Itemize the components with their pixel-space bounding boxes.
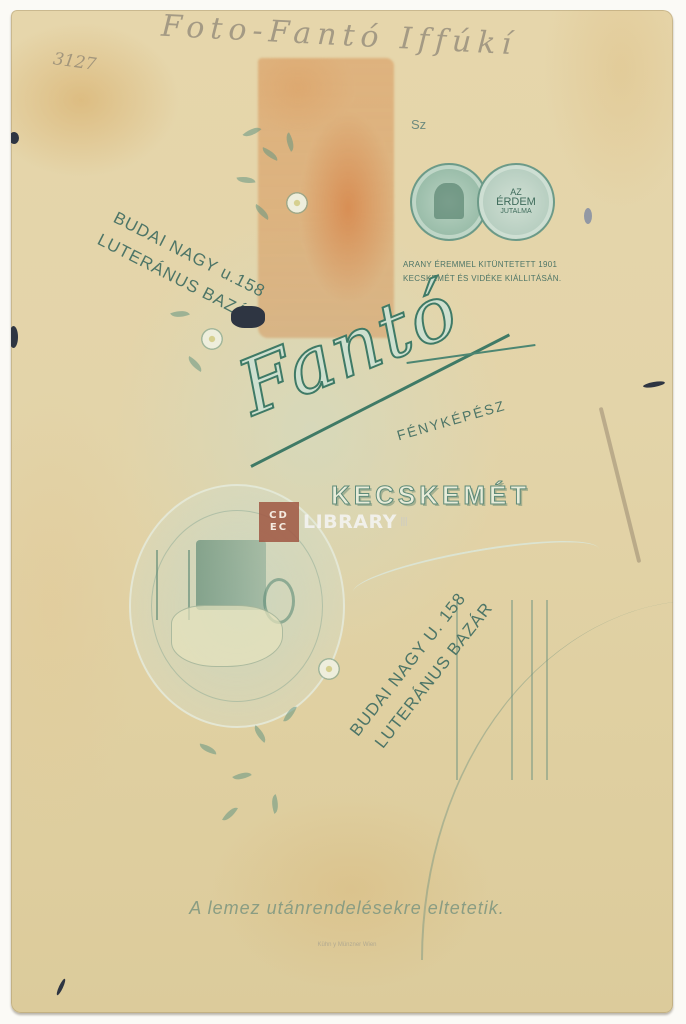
flower-icon xyxy=(318,658,340,680)
handwritten-number: 3127 xyxy=(52,49,98,75)
leaf-icon xyxy=(185,356,205,372)
leaf-icon xyxy=(268,794,282,814)
camera-icon xyxy=(196,540,266,610)
allegorical-figure-icon xyxy=(434,183,464,219)
ink-mark xyxy=(11,326,18,348)
pencil-streak xyxy=(599,407,642,563)
medal-mark: Sz xyxy=(411,117,426,132)
column-line xyxy=(511,600,513,780)
leaf-icon xyxy=(236,174,255,185)
ink-blot xyxy=(231,306,265,328)
column-line xyxy=(546,600,548,780)
drape-icon xyxy=(171,605,283,667)
watermark-tail: Ⅲ xyxy=(400,515,408,529)
column-line xyxy=(531,600,533,780)
watermark-label: LIBRARY xyxy=(303,511,397,533)
photo-card-back: 3127 Foto-Fantó Iffúkí BUDAI NAGY u.158 … xyxy=(11,10,673,1013)
ink-mark xyxy=(643,380,666,389)
award-line-1: ARANY ÉREMMEL KITÜNTETETT 1901 xyxy=(403,260,557,269)
handwritten-note: Foto-Fantó Iffúkí xyxy=(160,10,518,62)
flower-icon xyxy=(201,328,223,350)
library-watermark: CD EC LIBRARY Ⅲ xyxy=(259,502,408,542)
leaf-icon xyxy=(232,768,252,784)
ink-mark xyxy=(11,132,19,144)
leaf-icon xyxy=(170,307,190,321)
medal-merit-text: AZ ÉRDEM JUTALMA xyxy=(479,187,553,217)
leaf-icon xyxy=(222,804,238,824)
flower-icon xyxy=(286,192,308,214)
studio-profession: FÉNYKÉPÉSZ xyxy=(395,397,508,443)
ink-mark xyxy=(55,978,66,996)
printer-credit: Kühn y Münzner Wien xyxy=(11,942,673,948)
leaf-icon xyxy=(251,725,270,743)
watermark-logo: CD EC xyxy=(259,502,299,542)
ink-mark xyxy=(584,208,592,224)
medal-merit: AZ ÉRDEM JUTALMA xyxy=(477,163,555,241)
footer-note: A lemez utánrendelésekre eltetetik. xyxy=(11,898,673,919)
leaf-icon xyxy=(198,743,217,754)
